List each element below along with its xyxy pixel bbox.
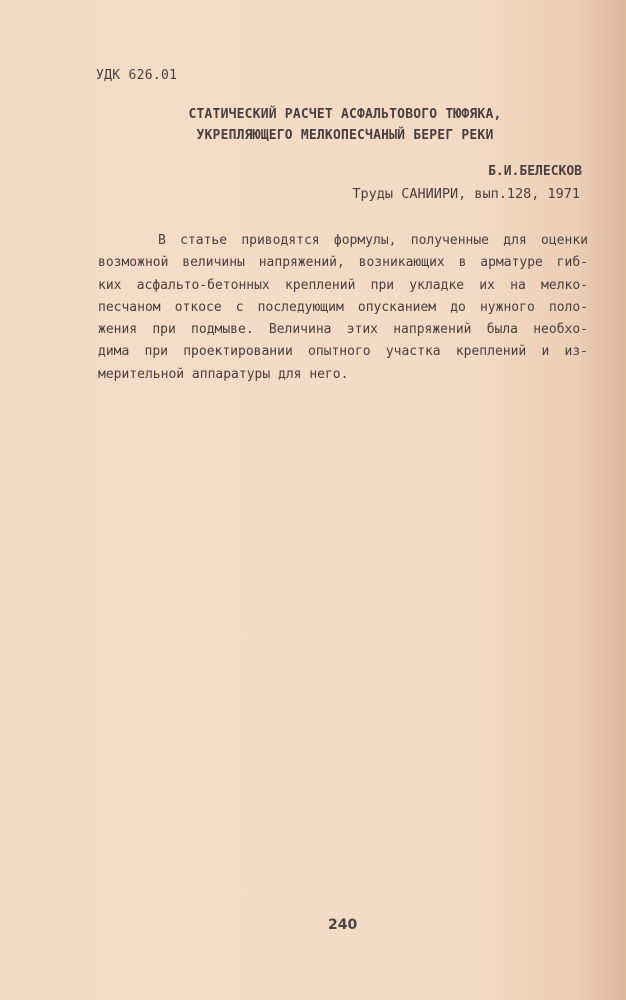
author: Б.И.БЕЛЕСКОВ xyxy=(488,164,582,179)
abstract-line: мерительной аппаратуры для него. xyxy=(98,364,588,386)
udk-code: УДК 626.01 xyxy=(96,68,177,83)
abstract-line: дима при проектировании опытного участка… xyxy=(98,341,588,363)
document-page: УДК 626.01 СТАТИЧЕСКИЙ РАСЧЕТ АСФАЛЬТОВО… xyxy=(0,0,626,1000)
article-title: СТАТИЧЕСКИЙ РАСЧЕТ АСФАЛЬТОВОГО ТЮФЯКА, … xyxy=(130,104,560,146)
page-number: 240 xyxy=(328,917,357,933)
abstract-line: жения при подмыве. Величина этих напряже… xyxy=(98,319,588,341)
abstract-line: возможной величины напряжений, возникающ… xyxy=(98,252,588,274)
abstract-line: В статье приводятся формулы, полученные … xyxy=(98,230,588,252)
title-line: УКРЕПЛЯЮЩЕГО МЕЛКОПЕСЧАНЫЙ БЕРЕГ РЕКИ xyxy=(130,125,560,146)
abstract-line: ких асфальто-бетонных креплений при укла… xyxy=(98,275,588,297)
abstract: В статье приводятся формулы, полученные … xyxy=(98,230,588,386)
source-citation: Труды САНИИРИ, вып.128, 1971 xyxy=(352,186,580,202)
abstract-line: песчаном откосе с последующим опусканием… xyxy=(98,297,588,319)
title-line: СТАТИЧЕСКИЙ РАСЧЕТ АСФАЛЬТОВОГО ТЮФЯКА, xyxy=(130,104,560,125)
